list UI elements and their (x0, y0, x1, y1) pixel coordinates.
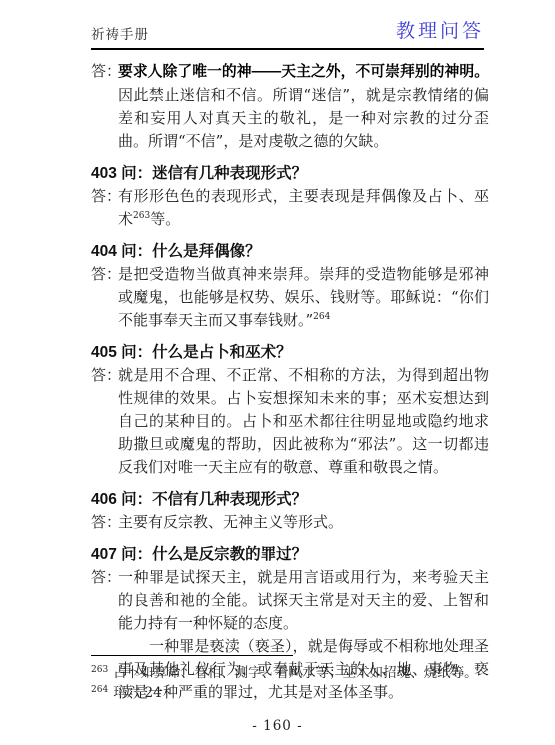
footnotes-area: 263占卜如算命、看相、测字、看风水等；巫术如招魂、烧纸等。 264玛六 24 (91, 655, 489, 703)
footnote-text: 占卜如算命、看相、测字、看风水等；巫术如招魂、烧纸等。 (113, 665, 478, 681)
answer-label: 答： (91, 263, 121, 286)
answer-label: 答： (91, 566, 121, 589)
answer-text: 就是用不合理、不正常、不相称的方法，为得到超出物性规律的效果。占卜妄想探知未来的… (118, 366, 489, 476)
question-heading-405: 405 问：什么是占卜和巫术？ (91, 341, 489, 364)
answer-text: 因此禁止迷信和不信。所谓“迷信”，就是宗教情绪的偏差和妄用人对真天主的敬礼，是一… (118, 86, 489, 150)
question-heading-404: 404 问：什么是拜偶像？ (91, 240, 489, 263)
footnote-263: 263占卜如算命、看相、测字、看风水等；巫术如招魂、烧纸等。 (91, 663, 489, 683)
answer-label: 答： (91, 364, 121, 387)
footnote-264: 264玛六 24 (91, 683, 489, 703)
answer-block-405: 答：就是用不合理、不正常、不相称的方法，为得到超出物性规律的效果。占卜妄想探知未… (91, 364, 489, 479)
answer-text: 是把受造物当做真神来崇拜。崇拜的受造物能够是邪神或魔鬼，也能够是权势、娱乐、钱财… (118, 265, 489, 329)
question-heading-407: 407 问：什么是反宗教的罪过？ (91, 543, 489, 566)
footnote-number: 264 (91, 685, 108, 695)
content-area: 答：要求人除了唯一的神——天主之外，不可崇拜别的神明。因此禁止迷信和不信。所谓“… (91, 60, 489, 704)
answer-block-404: 答：是把受造物当做真神来崇拜。崇拜的受造物能够是邪神或魔鬼，也能够是权势、娱乐、… (91, 263, 489, 332)
answer-text: 主要有反宗教、无神主义等形式。 (118, 513, 343, 531)
footnote-text: 玛六 24 (113, 685, 161, 701)
question-heading-403: 403 问：迷信有几种表现形式？ (91, 162, 489, 185)
document-page: 祈祷手册 教理问答 答：要求人除了唯一的神——天主之外，不可崇拜别的神明。因此禁… (0, 0, 555, 745)
answer-text: 一种罪是试探天主，就是用言语或用行为，来考验天主的良善和祂的全能。试探天主常是对… (118, 568, 489, 632)
footnote-ref-263: 263 (133, 211, 150, 221)
answer-label: 答： (91, 60, 121, 83)
page-number: - 160 - (0, 718, 555, 734)
answer-block-406: 答：主要有反宗教、无神主义等形式。 (91, 511, 489, 534)
question-heading-406: 406 问：不信有几种表现形式？ (91, 488, 489, 511)
answer-block-407: 答：一种罪是试探天主，就是用言语或用行为，来考验天主的良善和祂的全能。试探天主常… (91, 566, 489, 635)
header-left-title: 祈祷手册 (91, 23, 149, 43)
footnote-number: 263 (91, 665, 108, 675)
answer-label: 答： (91, 511, 121, 534)
header-right-title: 教理问答 (396, 16, 484, 43)
answer-text: 等。 (150, 210, 180, 228)
footnote-ref-264: 264 (313, 312, 330, 322)
answer-block-402: 答：要求人除了唯一的神——天主之外，不可崇拜别的神明。因此禁止迷信和不信。所谓“… (91, 60, 489, 153)
page-header: 祈祷手册 教理问答 (91, 16, 484, 50)
answer-label: 答： (91, 185, 121, 208)
footnote-separator (91, 655, 293, 656)
answer-bold-lead: 要求人除了唯一的神——天主之外，不可崇拜别的神明。 (118, 64, 489, 80)
answer-block-403: 答：有形形色色的表现形式，主要表现是拜偶像及占卜、巫术263等。 (91, 185, 489, 231)
